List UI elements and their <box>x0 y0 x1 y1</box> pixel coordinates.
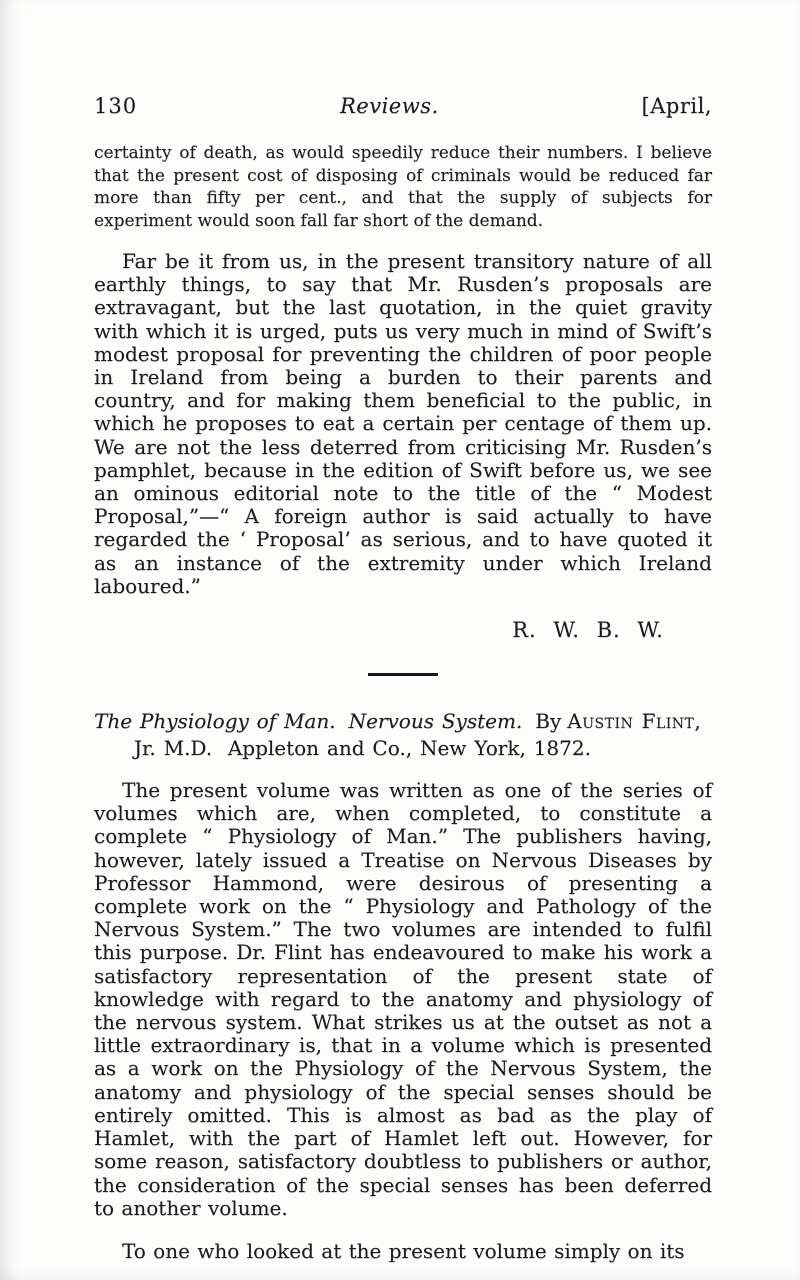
running-title: Reviews. <box>340 95 439 118</box>
page-number: 130 <box>94 95 137 118</box>
citation-author: Austin Flint, <box>567 709 701 733</box>
flint-review-body: The present volume was written as one of… <box>94 779 712 1263</box>
page-content: 130 Reviews. [April, certainty of death,… <box>0 0 800 1263</box>
rusden-review-paragraph: Far be it from us, in the present transi… <box>94 250 712 598</box>
book-citation: The Physiology of Man.Nervous System.ByA… <box>94 708 712 762</box>
reviewer-signature: R. W. B. W. <box>94 618 712 642</box>
scanned-book-page: 130 Reviews. [April, certainty of death,… <box>0 0 800 1280</box>
flint-review-paragraph-2: To one who looked at the present volume … <box>94 1240 712 1263</box>
citation-title: The Physiology of Man. <box>94 709 336 733</box>
quoted-excerpt-paragraph: certainty of death, as would speedily re… <box>94 142 712 232</box>
flint-review-paragraph-1: The present volume was written as one of… <box>94 779 712 1220</box>
issue-date: [April, <box>642 95 712 118</box>
citation-subtitle: Nervous System. <box>349 709 523 733</box>
running-header: 130 Reviews. [April, <box>94 95 712 118</box>
section-divider-rule <box>368 673 438 676</box>
citation-imprint: Jr. M.D. Appleton and Co., New York, 187… <box>134 736 591 760</box>
citation-by-label: By <box>535 709 561 733</box>
